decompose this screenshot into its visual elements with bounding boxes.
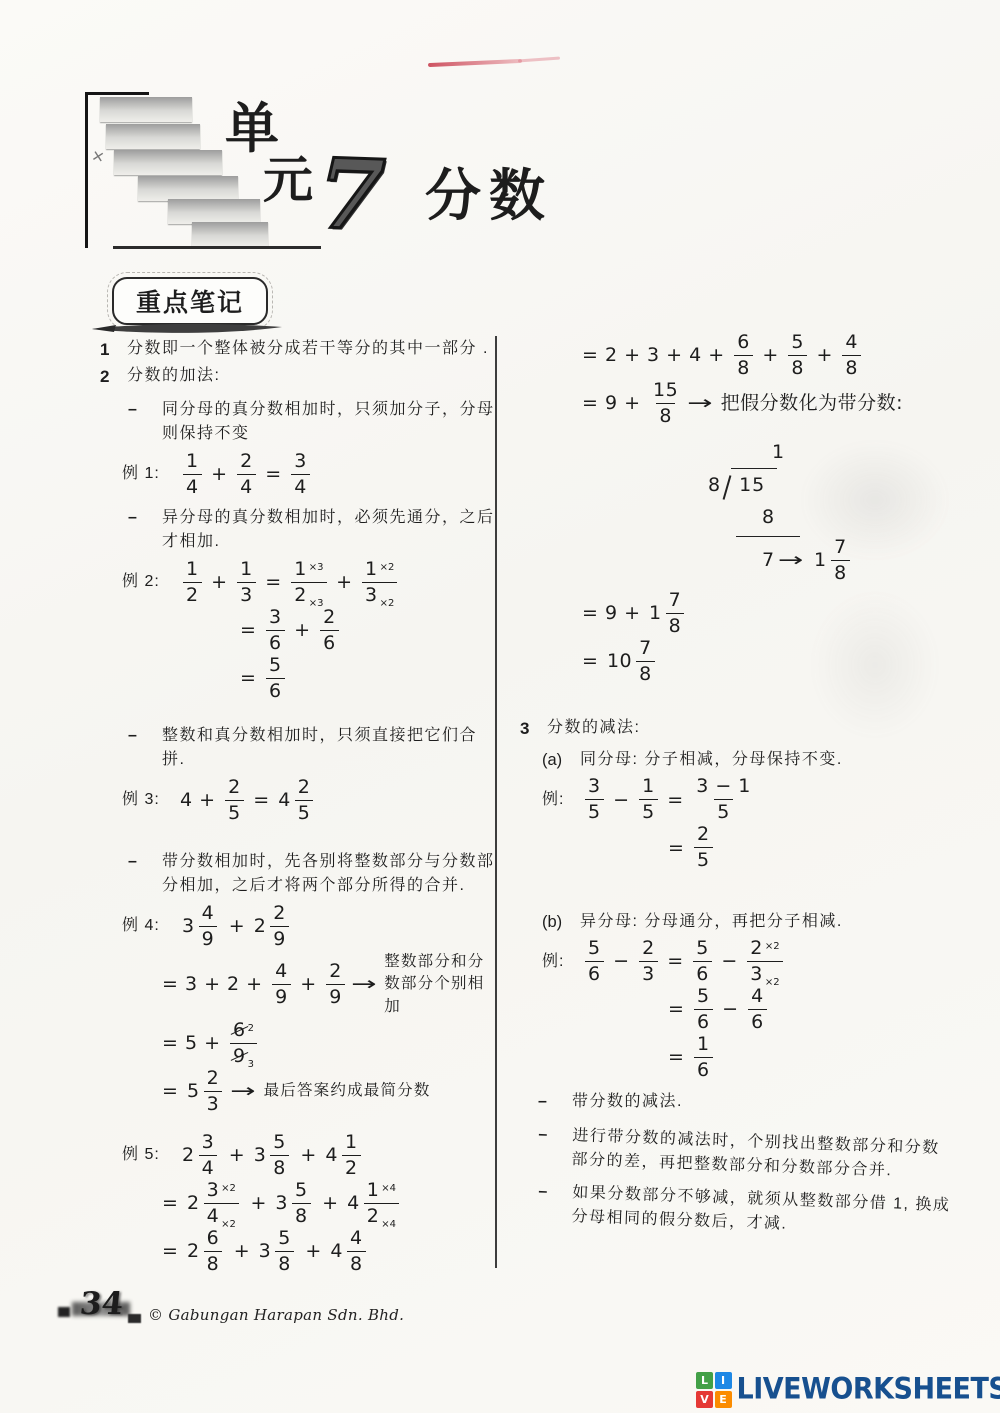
whole-number: 4 xyxy=(278,786,291,815)
unit-number: 7 xyxy=(316,137,387,252)
badge-underline-swoosh xyxy=(90,321,286,337)
numerator: 5 xyxy=(694,987,713,1009)
numerator: 5 xyxy=(585,939,604,961)
denominator: 6 xyxy=(585,961,604,984)
math-text: = xyxy=(247,786,277,815)
denominator-value: 8 xyxy=(834,562,847,584)
fraction: 48 xyxy=(842,333,861,378)
denominator-value: 2 xyxy=(367,1205,380,1227)
numerator-value: 4 xyxy=(275,960,288,982)
worksheet-page: × 单 元 7 分数 重点笔记 1分数即一个整体被分成若干等分的其中一部分 .2… xyxy=(0,0,1000,1413)
math-line: = 56 xyxy=(240,655,496,701)
denominator-value: 8 xyxy=(350,1253,363,1275)
denominator-value: 8 xyxy=(273,1157,286,1179)
denominator: 9 xyxy=(199,926,218,949)
denominator: 4 xyxy=(183,474,202,497)
numerator: 1 xyxy=(183,560,202,582)
denominator: 8 xyxy=(831,560,850,583)
math-text: + xyxy=(316,1189,346,1218)
math-line: = 36 + 26 xyxy=(240,607,496,653)
math-text: + xyxy=(288,616,318,645)
division-row: 815 xyxy=(708,468,952,500)
bullet-dash: – xyxy=(537,1123,573,1172)
annotation: ×2 xyxy=(221,1183,236,1194)
math-line: = 5 + 6293 xyxy=(162,1020,496,1066)
numerator-value: 7 xyxy=(834,536,847,558)
remainder-row: 7→178 xyxy=(708,538,952,583)
numerator-value: 5 xyxy=(791,331,804,353)
denominator-value: 8 xyxy=(669,615,682,637)
denominator-value: 8 xyxy=(791,357,804,379)
example-block: = 2 + 3 + 4 + 68 + 58 + 48= 9 + 158→把假分数… xyxy=(520,332,952,426)
math-line: 例 3:4 + 25 = 425 xyxy=(122,777,496,823)
numerator-value: 1 xyxy=(186,558,199,580)
mixed-number: 412 xyxy=(325,1133,363,1178)
math-text: = 9 + xyxy=(582,389,647,418)
math-line: = 3 + 2 + 49 + 29→整数部分和分数部分个别相加 xyxy=(162,951,496,1018)
whole-number: 5 xyxy=(187,1077,200,1106)
math-text: − xyxy=(607,947,637,976)
numerator-value: 4 xyxy=(350,1227,363,1249)
math-line: = 23×24×2 + 358 + 41×42×4 xyxy=(162,1180,496,1226)
denominator: 9 xyxy=(272,984,291,1007)
numerator: 7 xyxy=(831,538,850,560)
math-text: = xyxy=(259,460,289,489)
math-text: = xyxy=(240,616,263,645)
spacer xyxy=(520,687,952,715)
math-text: = 5 + xyxy=(162,1029,227,1058)
logo-squares-icon: LIVE xyxy=(696,1372,732,1408)
fraction: 35 xyxy=(585,777,604,822)
numerator: 1 xyxy=(694,1035,713,1057)
whole-number: 2 xyxy=(187,1189,200,1218)
denominator-value: 8 xyxy=(207,1253,220,1275)
math-text: = 2 + 3 + 4 + xyxy=(582,341,731,370)
math-text: + xyxy=(222,912,252,941)
denominator-value: 8 xyxy=(295,1205,308,1227)
fraction: 48 xyxy=(347,1229,366,1274)
math-line: = 2 + 3 + 4 + 68 + 58 + 48 xyxy=(582,332,952,378)
spacer xyxy=(100,1116,496,1130)
page-title: 分数 xyxy=(425,152,553,232)
denominator: 4 xyxy=(237,474,256,497)
annotation: ×2 xyxy=(380,598,395,609)
whole-number: 2 xyxy=(254,912,267,941)
annotation: ×2 xyxy=(380,562,395,573)
numerator: 5 xyxy=(275,1229,294,1251)
item-text: 分数的加法: xyxy=(127,364,496,390)
denominator-value: 3 xyxy=(207,1093,220,1115)
fraction: 24 xyxy=(237,452,256,497)
arrow-note: 整数部分和分数部分个别相加 xyxy=(384,951,496,1018)
whole-number: 1 xyxy=(649,599,662,628)
denominator: 8 xyxy=(666,613,685,636)
numerator: 2 xyxy=(320,608,339,630)
denominator-value: 8 xyxy=(639,663,652,685)
math-text: = 3 + 2 + xyxy=(162,970,269,999)
denominator: 5 xyxy=(225,800,244,823)
numerator-value: 5 xyxy=(697,985,710,1007)
numerator-value: 4 xyxy=(202,902,215,924)
numerator: 7 xyxy=(666,591,685,613)
math-text: 4 + xyxy=(180,786,222,815)
bullet-text: 如果分数部分不够减，就须从整数部分借 1, 换成分母相同的假分数后，才减. xyxy=(571,1181,952,1242)
denominator: 5 xyxy=(295,800,314,823)
math-line: = 16 xyxy=(668,1035,952,1081)
logo-square-v: V xyxy=(696,1391,713,1408)
numerator: 3 xyxy=(266,608,285,630)
annotation: ×2 xyxy=(765,941,780,952)
math-text: = xyxy=(668,1043,691,1072)
math-text: = xyxy=(240,664,263,693)
numerator-value: 3 xyxy=(202,1131,215,1153)
mixed-number: 41×42×4 xyxy=(347,1181,402,1226)
right-column: = 2 + 3 + 4 + 68 + 58 + 48= 9 + 158→把假分数… xyxy=(520,330,952,1233)
denominator-value: 6 xyxy=(751,1011,764,1033)
item-number: 1 xyxy=(100,337,127,363)
denominator: 8 xyxy=(734,355,753,378)
denominator-value: 6 xyxy=(697,1059,710,1081)
red-pen-mark xyxy=(428,59,522,67)
mixed-number: 358 xyxy=(275,1181,313,1226)
numerator-value: 7 xyxy=(639,637,652,659)
fraction: 29 xyxy=(270,904,289,949)
fraction: 68 xyxy=(204,1229,223,1274)
numerator: 62 xyxy=(230,1021,257,1043)
ink-smudge xyxy=(58,1307,70,1317)
cancel-fraction: 6293 xyxy=(230,1021,257,1066)
arrow-icon: → xyxy=(351,970,377,999)
fraction: 13 xyxy=(237,560,256,605)
mixed-number: 425 xyxy=(278,778,316,823)
letter-text: 同分母: 分子相减，分母保持不变. xyxy=(580,748,952,773)
numerator-value: 6 xyxy=(233,1021,246,1040)
denominator-value: 4 xyxy=(207,1205,220,1227)
whole-number: 3 xyxy=(259,1237,272,1266)
denominator: 8 xyxy=(292,1203,311,1226)
lettered-item: (b)异分母: 分母通分，再把分子相减. xyxy=(542,910,952,935)
x-scribble-mark: × xyxy=(90,145,106,170)
math-text: 把假分数化为带分数: xyxy=(721,389,903,418)
stair-bar xyxy=(100,97,192,122)
header-frame-left-line xyxy=(85,92,88,248)
math-text: + xyxy=(205,460,235,489)
fraction: 1×42×4 xyxy=(364,1181,399,1226)
denominator-value: 5 xyxy=(588,801,601,823)
annotation: ×4 xyxy=(381,1183,396,1194)
divisor: 8 xyxy=(708,471,724,500)
numerator: 5 xyxy=(693,939,712,961)
numerator: 2 xyxy=(204,1069,223,1091)
numerator-value: 2 xyxy=(697,823,710,845)
numerator: 1 xyxy=(183,452,202,474)
fraction: 78 xyxy=(831,538,850,583)
fraction: 36 xyxy=(266,608,285,653)
math-text: = xyxy=(668,834,691,863)
mixed-number: 349 xyxy=(182,904,220,949)
math-text: + xyxy=(330,568,360,597)
math-line: = 9 + 178 xyxy=(582,591,952,637)
numerator-value: 2 xyxy=(207,1067,220,1089)
whole-number: 10 xyxy=(607,647,632,676)
denominator: 2×4 xyxy=(364,1203,399,1226)
denominator: 6 xyxy=(694,1057,713,1080)
fraction: 56 xyxy=(266,656,285,701)
denominator-value: 6 xyxy=(696,963,709,985)
bullet-item: –异分母的真分数相加时，必须先通分，之后才相加. xyxy=(128,506,496,554)
annotation: 2 xyxy=(248,1023,254,1034)
math-line: 例 4:349 + 229 xyxy=(122,903,496,949)
spacer xyxy=(100,703,496,715)
whole-number: 2 xyxy=(182,1141,195,1170)
mixed-number: 358 xyxy=(254,1133,292,1178)
numerator: 1×2 xyxy=(362,560,397,582)
bullet-dash: – xyxy=(128,506,162,554)
example-block: = 9 + 178= 1078 xyxy=(520,591,952,685)
numerator-value: 6 xyxy=(737,331,750,353)
denominator: 3×2 xyxy=(747,961,782,984)
numerator: 4 xyxy=(272,962,291,984)
denominator: 6 xyxy=(266,630,285,653)
annotation: 3 xyxy=(248,1059,254,1070)
fraction: 26 xyxy=(320,608,339,653)
fraction: 2×23×2 xyxy=(747,939,782,984)
mixed-number: 178 xyxy=(814,538,853,583)
fraction: 68 xyxy=(734,333,753,378)
math-line: 例 2:12 + 13 = 1×32×3 + 1×23×2 xyxy=(122,559,496,605)
numerator-value: 3 xyxy=(294,450,307,472)
fraction: 25 xyxy=(295,778,314,823)
stair-bar xyxy=(138,176,238,201)
numerator: 2 xyxy=(694,825,713,847)
whole-number: 4 xyxy=(325,1141,338,1170)
numerator-value: 5 xyxy=(269,654,282,676)
item-text: 分数的减法: xyxy=(547,716,952,742)
denominator-value: 9 xyxy=(275,986,288,1008)
numerator-value: 1 xyxy=(345,1131,358,1153)
bullet-text: 同分母的真分数相加时，只须加分子，分母则保持不变 xyxy=(162,398,496,446)
numerator: 2 xyxy=(639,939,658,961)
fraction: 58 xyxy=(270,1133,289,1178)
numerator-value: 3 xyxy=(588,775,601,797)
stair-bar xyxy=(168,199,260,224)
denominator: 8 xyxy=(270,1155,289,1178)
spacer xyxy=(100,825,496,841)
whole-number: 4 xyxy=(347,1189,360,1218)
numerator: 1 xyxy=(237,560,256,582)
bullet-dash: – xyxy=(128,724,162,772)
math-line: 例 1:14 + 24 = 34 xyxy=(122,451,496,497)
math-text: − xyxy=(607,786,637,815)
denominator-value: 3 xyxy=(240,584,253,606)
example-block: 例 3:4 + 25 = 425 xyxy=(100,777,496,823)
denominator-value: 8 xyxy=(659,405,672,427)
denominator-value: 5 xyxy=(697,849,710,871)
numerator: 1 xyxy=(639,777,658,799)
denominator-value: 4 xyxy=(202,1157,215,1179)
mixed-number: 234 xyxy=(182,1133,220,1178)
numerator-value: 5 xyxy=(588,937,601,959)
numerator: 2×2 xyxy=(747,939,782,961)
bullet-text: 整数和真分数相加时，只须直接把它们合拼. xyxy=(162,724,496,772)
note-item: 1分数即一个整体被分成若干等分的其中一部分 . xyxy=(100,337,496,363)
footer-page-number: 34 xyxy=(78,1286,125,1322)
denominator-value: 9 xyxy=(273,928,286,950)
mixed-number: 448 xyxy=(330,1229,368,1274)
arrow-icon: → xyxy=(230,1077,256,1106)
letter-text: 异分母: 分母通分，再把分子相减. xyxy=(580,910,952,935)
denominator: 5 xyxy=(694,847,713,870)
numerator: 1 xyxy=(342,1133,361,1155)
logo-square-i: I xyxy=(715,1372,732,1389)
denominator-value: 5 xyxy=(717,801,730,823)
denominator: 3 xyxy=(237,582,256,605)
bullet-dash: – xyxy=(537,1180,573,1229)
fraction: 56 xyxy=(694,987,713,1032)
example-block: 例:56 − 23 = 56 − 2×23×2= 56 − 46= 16 xyxy=(520,939,952,1081)
example-label: 例: xyxy=(542,788,582,812)
denominator-value: 6 xyxy=(697,1011,710,1033)
annotation: ×2 xyxy=(765,977,780,988)
math-line: 例:35 − 15 = 3 − 15 xyxy=(542,777,952,823)
whole-number: 1 xyxy=(814,546,827,575)
bullet-text: 带分数的减法. xyxy=(572,1090,952,1114)
numerator: 6 xyxy=(204,1229,223,1251)
stair-bar xyxy=(114,150,222,175)
example-label: 例: xyxy=(542,950,582,974)
denominator: 5 xyxy=(585,799,604,822)
remainder: 7 xyxy=(762,546,775,575)
numerator: 2 xyxy=(237,452,256,474)
numerator-value: 3 xyxy=(269,606,282,628)
example-label: 例 3: xyxy=(122,788,180,812)
numerator-value: 1 xyxy=(367,1179,380,1201)
bullet-text: 进行带分数的减法时，个别找出整数部分和分数部分的差，再把整数部分和分数部分合并. xyxy=(571,1124,952,1185)
math-line: 例:56 − 23 = 56 − 2×23×2 xyxy=(542,939,952,985)
denominator: 2 xyxy=(183,582,202,605)
denominator-value: 2 xyxy=(345,1157,358,1179)
numerator-value: 3 xyxy=(207,1179,220,1201)
bullet-item: –如果分数部分不够减，就须从整数部分借 1, 换成分母相同的假分数后，才减. xyxy=(537,1180,952,1242)
annotation: ×4 xyxy=(381,1219,396,1230)
numerator: 3 xyxy=(199,1133,218,1155)
fraction: 49 xyxy=(199,904,218,949)
denominator-value: 2 xyxy=(294,584,307,606)
annotation: ×3 xyxy=(309,562,324,573)
numerator-value: 6 xyxy=(207,1227,220,1249)
fraction: 1×23×2 xyxy=(362,560,397,605)
denominator-value: 9 xyxy=(329,986,342,1008)
numerator: 5 xyxy=(788,333,807,355)
item-number: 3 xyxy=(520,716,547,742)
numerator-value: 1 xyxy=(365,558,378,580)
bullet-dash: – xyxy=(128,398,162,446)
fraction: 29 xyxy=(326,962,345,1007)
example-block: 例 5:234 + 358 + 412= 23×24×2 + 358 + 41×… xyxy=(100,1132,496,1274)
header-frame-top-line xyxy=(85,92,149,95)
numerator-value: 2 xyxy=(273,902,286,924)
long-division: 181587→178 xyxy=(708,438,952,583)
math-text: = xyxy=(162,1189,185,1218)
example-block: 例:35 − 15 = 3 − 15= 25 xyxy=(520,777,952,871)
liveworksheets-logo[interactable]: LIVE LIVEWORKSHEETS xyxy=(696,1372,1000,1408)
letter-tag: (b) xyxy=(542,910,580,935)
math-line: = 268 + 358 + 448 xyxy=(162,1228,496,1274)
denominator: 8 xyxy=(204,1251,223,1274)
numerator-value: 1 xyxy=(186,450,199,472)
math-line: = 523→最后答案约成最简分数 xyxy=(162,1068,496,1114)
fraction: 3 − 15 xyxy=(693,777,754,822)
arrow-icon: → xyxy=(778,546,805,575)
bullet-text: 带分数相加时，先各别将整数部分与分数部分相加，之后才将两个部分所得的合并. xyxy=(162,850,496,898)
denominator: 3 xyxy=(639,961,658,984)
numerator: 5 xyxy=(270,1133,289,1155)
numerator: 4 xyxy=(347,1229,366,1251)
mixed-number: 1078 xyxy=(607,639,658,684)
fraction: 58 xyxy=(275,1229,294,1274)
red-pen-mark xyxy=(518,57,560,62)
fraction: 158 xyxy=(650,381,681,426)
lettered-item: (a)同分母: 分子相减，分母保持不变. xyxy=(542,748,952,773)
numerator: 3×2 xyxy=(204,1181,239,1203)
key-notes-badge: 重点笔记 xyxy=(112,277,268,325)
fraction: 16 xyxy=(694,1035,713,1080)
fraction: 56 xyxy=(693,939,712,984)
fraction: 3×24×2 xyxy=(204,1181,239,1226)
denominator: 5 xyxy=(714,799,733,822)
mixed-number: 523 xyxy=(187,1069,225,1114)
example-block: 例 1:14 + 24 = 34 xyxy=(100,451,496,497)
denominator: 93 xyxy=(230,1043,257,1066)
bullet-item: –带分数的减法. xyxy=(538,1090,952,1114)
fraction: 58 xyxy=(292,1181,311,1226)
item-text: 分数即一个整体被分成若干等分的其中一部分 . xyxy=(127,337,496,363)
stair-bar xyxy=(192,222,268,247)
denominator-value: 6 xyxy=(269,632,282,654)
numerator: 6 xyxy=(734,333,753,355)
math-text: = xyxy=(661,786,691,815)
item-number: 2 xyxy=(100,364,127,390)
division-line xyxy=(736,536,800,537)
denominator-value: 4 xyxy=(240,476,253,498)
fraction: 23 xyxy=(639,939,658,984)
logo-square-l: L xyxy=(696,1372,713,1389)
denominator: 6 xyxy=(748,1009,767,1032)
math-text: + xyxy=(227,1237,257,1266)
numerator-value: 5 xyxy=(295,1179,308,1201)
numerator: 4 xyxy=(199,904,218,926)
whole-number: 3 xyxy=(254,1141,267,1170)
numerator: 4 xyxy=(842,333,861,355)
numerator-value: 2 xyxy=(240,450,253,472)
math-text: + xyxy=(205,568,235,597)
numerator-value: 3 − 1 xyxy=(696,775,751,797)
numerator-value: 1 xyxy=(240,558,253,580)
numerator-value: 5 xyxy=(273,1131,286,1153)
numerator: 2 xyxy=(295,778,314,800)
fraction: 14 xyxy=(183,452,202,497)
math-line: 例 5:234 + 358 + 412 xyxy=(122,1132,496,1178)
example-label: 例 4: xyxy=(122,914,180,938)
numerator: 4 xyxy=(748,987,767,1009)
mixed-number: 268 xyxy=(187,1229,225,1274)
math-text: + xyxy=(756,341,786,370)
denominator: 8 xyxy=(347,1251,366,1274)
math-text: = xyxy=(661,947,691,976)
fraction: 12 xyxy=(342,1133,361,1178)
denominator-value: 5 xyxy=(298,802,311,824)
mixed-number: 229 xyxy=(254,904,292,949)
